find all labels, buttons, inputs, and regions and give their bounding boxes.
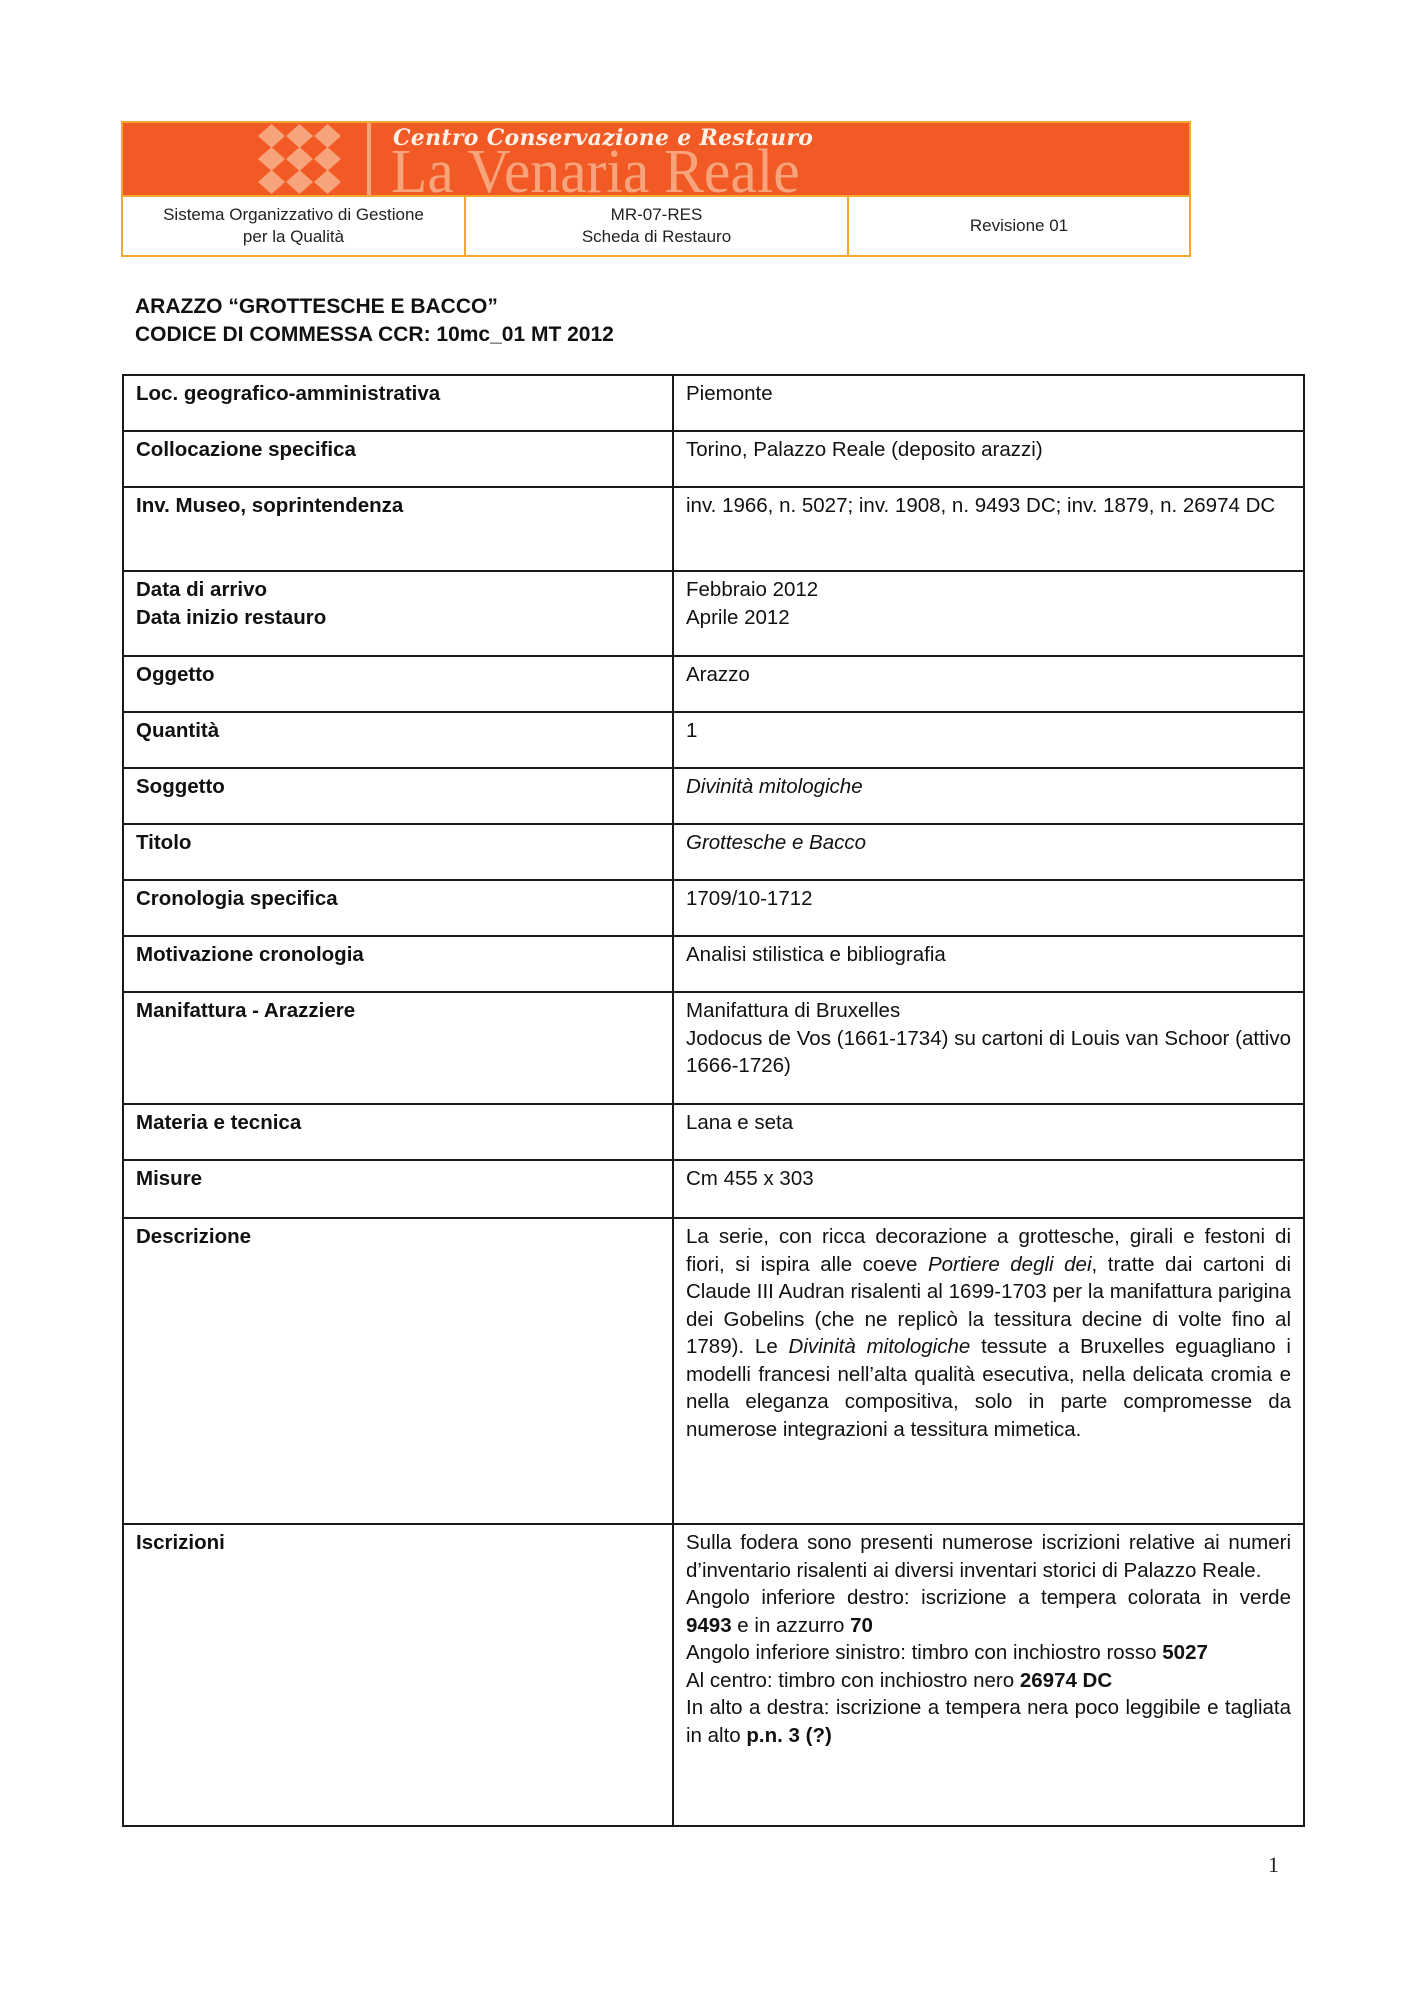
field-value: Lana e seta	[673, 1104, 1304, 1160]
field-label: Motivazione cronologia	[123, 936, 673, 992]
field-value: Cm 455 x 303	[673, 1160, 1304, 1218]
document-title: ARAZZO “GROTTESCHE E BACCO” CODICE DI CO…	[135, 293, 614, 349]
field-value: 1709/10-1712	[673, 880, 1304, 936]
table-row: MisureCm 455 x 303	[123, 1160, 1304, 1218]
table-row: TitoloGrottesche e Bacco	[123, 824, 1304, 880]
table-row: Materia e tecnicaLana e seta	[123, 1104, 1304, 1160]
page-number: 1	[1268, 1852, 1279, 1878]
restoration-sheet-table: Loc. geografico-amministrativaPiemonteCo…	[122, 374, 1305, 1827]
revision-cell: Revisione 01	[849, 197, 1189, 255]
field-label: Soggetto	[123, 768, 673, 824]
form-code-cell: MR-07-RES Scheda di Restauro	[466, 197, 849, 255]
field-label: Loc. geografico-amministrativa	[123, 375, 673, 431]
field-value: inv. 1966, n. 5027; inv. 1908, n. 9493 D…	[673, 487, 1304, 571]
field-value: Sulla fodera sono presenti numerose iscr…	[673, 1524, 1304, 1826]
table-row: SoggettoDivinità mitologiche	[123, 768, 1304, 824]
field-value: Torino, Palazzo Reale (deposito arazzi)	[673, 431, 1304, 487]
field-label: Cronologia specifica	[123, 880, 673, 936]
logo-divider	[367, 123, 371, 195]
field-value: Grottesche e Bacco	[673, 824, 1304, 880]
field-value: 1	[673, 712, 1304, 768]
quality-system-cell: Sistema Organizzativo di Gestione per la…	[123, 197, 466, 255]
brand-band: Centro Conservazione e Restauro La Venar…	[123, 123, 1189, 197]
table-row: Manifattura - ArazziereManifattura di Br…	[123, 992, 1304, 1104]
artwork-title: ARAZZO “GROTTESCHE E BACCO”	[135, 293, 614, 321]
field-value: Manifattura di BruxellesJodocus de Vos (…	[673, 992, 1304, 1104]
field-value: Febbraio 2012Aprile 2012	[673, 571, 1304, 656]
field-value: Analisi stilistica e bibliografia	[673, 936, 1304, 992]
field-label: Data di arrivoData inizio restauro	[123, 571, 673, 656]
field-label: Iscrizioni	[123, 1524, 673, 1826]
field-label: Oggetto	[123, 656, 673, 712]
table-row: Inv. Museo, soprintendenzainv. 1966, n. …	[123, 487, 1304, 571]
header-info-row: Sistema Organizzativo di Gestione per la…	[123, 197, 1189, 255]
document-header: Centro Conservazione e Restauro La Venar…	[121, 121, 1191, 257]
table-row: Collocazione specificaTorino, Palazzo Re…	[123, 431, 1304, 487]
brand-name: La Venaria Reale	[391, 141, 800, 197]
table-row: OggettoArazzo	[123, 656, 1304, 712]
field-label: Materia e tecnica	[123, 1104, 673, 1160]
field-value: Divinità mitologiche	[673, 768, 1304, 824]
field-value: Piemonte	[673, 375, 1304, 431]
field-label: Collocazione specifica	[123, 431, 673, 487]
field-label: Descrizione	[123, 1218, 673, 1524]
table-row: Quantità1	[123, 712, 1304, 768]
commission-code: CODICE DI COMMESSA CCR: 10mc_01 MT 2012	[135, 321, 614, 349]
table-row: Data di arrivoData inizio restauroFebbra…	[123, 571, 1304, 656]
table-row: IscrizioniSulla fodera sono presenti num…	[123, 1524, 1304, 1826]
field-label: Manifattura - Arazziere	[123, 992, 673, 1104]
field-label: Quantità	[123, 712, 673, 768]
table-row: Cronologia specifica1709/10-1712	[123, 880, 1304, 936]
field-value: Arazzo	[673, 656, 1304, 712]
field-label: Misure	[123, 1160, 673, 1218]
field-value: La serie, con ricca decorazione a grotte…	[673, 1218, 1304, 1524]
table-row: Loc. geografico-amministrativaPiemonte	[123, 375, 1304, 431]
table-row: DescrizioneLa serie, con ricca decorazio…	[123, 1218, 1304, 1524]
field-label: Titolo	[123, 824, 673, 880]
diamond-logo-icon	[258, 124, 342, 194]
field-label: Inv. Museo, soprintendenza	[123, 487, 673, 571]
table-row: Motivazione cronologiaAnalisi stilistica…	[123, 936, 1304, 992]
